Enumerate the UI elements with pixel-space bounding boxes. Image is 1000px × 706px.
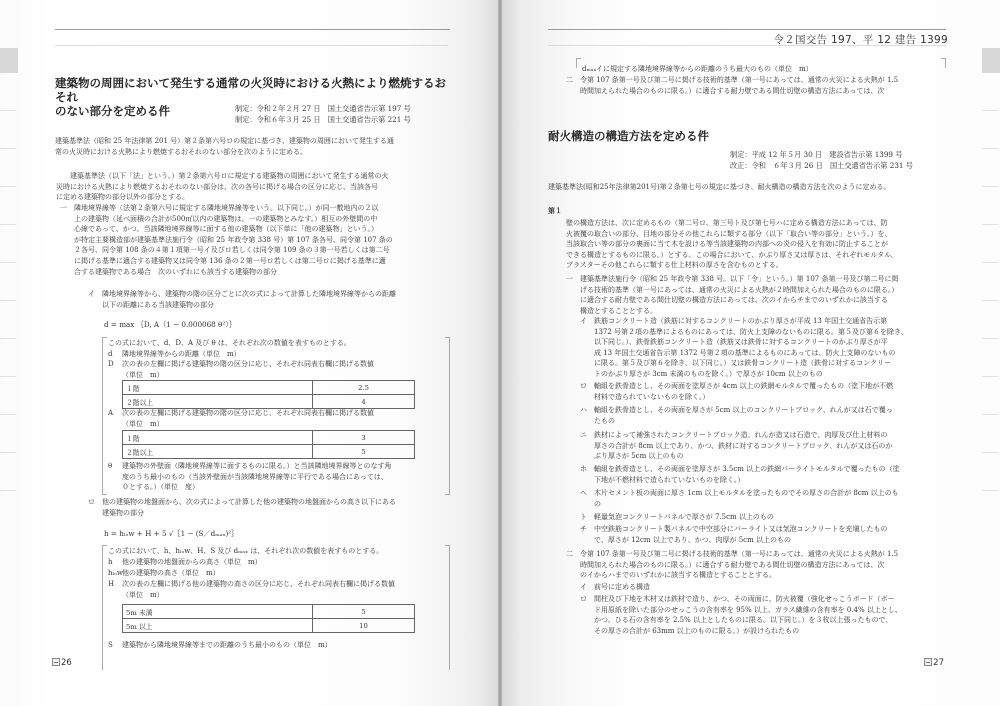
item-mark: 一 [60, 203, 67, 214]
text-line: 度のうち最小のもの（当該外壁面が当該隣地境界線等に平行である場合にあっては、 [122, 472, 392, 483]
enactment-line: 制定：平成 12 年５月 30 日 建設省告示第 1399 号 [730, 149, 913, 160]
table-row: １階2.5 [123, 381, 415, 395]
table-row: 5m 以上10 [123, 619, 415, 633]
item-mark: 一 [566, 274, 573, 285]
item-mark: 二 [566, 549, 573, 560]
enactment-info: 制定：令和２年２月 27 日 国土交通省告示第 197 号 制定：令和６年３月 … [235, 103, 411, 125]
text-line: 材料で造られていないものを除く。） [594, 392, 893, 403]
wall-item-1-ho: ホ 軸組を鉄骨造とし、その両面を塗厚さが 3.5cm 以上の鉄網パーライトモルタ… [580, 464, 900, 485]
page-icon [924, 658, 932, 666]
item-mark: ト [580, 512, 587, 523]
text-line: 中空鉄筋コンクリート製パネルで中空部分にパーライト又は気泡コンクリートを充塡した… [594, 524, 888, 535]
text-line: 時間加えられた場合のものに限る。）に適合する耐力壁である間仕切壁の構造方法にあっ… [580, 560, 898, 571]
text-line: のイからハまでのいずれかに該当する構造とすることとする。 [580, 570, 898, 581]
item-body: 軽量気泡コンクリートパネルで厚さが 7.5cm 以上のもの [580, 512, 774, 523]
right-page: 令２国交告 197、平 12 建告 1399 dₘₐₓ イに規定する隣地境界線等… [500, 0, 1000, 706]
edge-divider [982, 300, 998, 301]
item-body: 次の表の左欄に掲げる建築物の階の区分に応じ、それぞれ同表右欄に掲げる数値 （単位… [108, 408, 374, 429]
symbol: hₗₒw [108, 568, 123, 579]
symbol: θ [108, 461, 112, 472]
text-line: 厚さの合計が 8cm 以上であり、かつ、鉄材に対するコンクリートブロック、れんが… [594, 441, 892, 452]
edge-index-tab [982, 48, 1000, 73]
text-line: ド用原紙を除いた部分のせっこうの含有率を 95% 以上、ガラス繊維の含有率を 0… [594, 605, 902, 616]
text-line: の [594, 499, 899, 510]
text-line: （単位 m） [122, 419, 374, 430]
item-mark: ハ [580, 405, 587, 416]
text-line: 心線であって、かつ、当該隣地境界線等に面する他の建築物（以下単に「他の建築物」と… [74, 224, 393, 235]
item-body: 中空鉄筋コンクリート製パネルで中空部分にパーライト又は気泡コンクリートを充塡した… [580, 524, 888, 545]
formula-d: d = max ｛D, A（1 − 0.000068 θ²）｝ [104, 320, 236, 330]
wall-item-1-ha: ハ 軸組を鉄骨造とし、その両面を厚さが 5cm 以上のコンクリートブロック、れん… [580, 405, 893, 426]
def-H: H 次の表の左欄に掲げる他の建築物の高さの区分に応じ、それぞれ同表右欄に掲げる数… [108, 579, 395, 600]
wall-item-2: 二 令第 107 条第一号及び第二号に掲げる技術的基準（第一号にあっては、通常の… [566, 549, 898, 581]
preamble: 建築基準法（昭和 25 年法律第 201 号）第２条第六号ロの規定に基づき、建築… [55, 136, 394, 157]
text-line: 令第 107 条第一号及び第二号に掲げる技術的基準（第一号にあっては、通常の火災… [580, 549, 898, 560]
item-body: 隣地境界線等からの距離（単位 m） [108, 349, 241, 360]
table-D: １階2.5 ２階以上4 [122, 380, 415, 409]
text-line: 他の建築物の地盤面から、次の式によって計算した他の建築物の地盤面からの高さ以下に… [102, 497, 396, 508]
book-spread: 建築物の周囲において発生する通常の火災時における火熱により燃焼するおそれ のない… [0, 0, 1000, 706]
def-h: h 他の建築物の地盤面からの高さ（単位 m） [108, 557, 262, 568]
text-line: 1372 号第２項の基準によるものにあっては、防火上支障のないものに限る。第５及… [594, 327, 908, 338]
page-number-left: 26 [52, 658, 72, 668]
text-line: ２各号、同令第 108 条の４第１項第一号イ及びロ若しくは同令第 109 条の３… [74, 245, 393, 256]
item-body: 建築物の外壁面（隣地境界線等に面するものに限る。）と当該隣地境界線等とのなす角 … [108, 461, 392, 493]
wall-item-2-ro: ロ 間柱及び下地を木材又は鉄材で造り、かつ、その両面に、防火被覆（強化せっこうボ… [580, 594, 902, 636]
text-line: （単位 m） [122, 370, 374, 381]
item-mark: 二 [566, 75, 573, 86]
right-edge-index [982, 0, 1000, 706]
text-line: プラスターその他これらに類する仕上材料の厚さを含むものとする。 [566, 260, 898, 271]
table-row: ２階以上4 [123, 395, 415, 409]
item-body: 軸組を鉄骨造とし、その両面を塗厚さが 3.5cm 以上の鉄網パーライトモルタルで… [580, 464, 900, 485]
item-body: 鉄筋コンクリート造（鉄筋に対するコンクリートのかぶり厚さが平成 13 年国土交通… [580, 316, 908, 380]
table-row: 5m 未満5 [123, 605, 415, 619]
header-subrule [55, 45, 448, 46]
def-theta: θ 建築物の外壁面（隣地境界線等に面するものに限る。）と当該隣地境界線等とのなす… [108, 461, 392, 493]
item-1: 一 隣地境界線等（法第２条第六号に規定する隣地境界線等をいう。以下同じ。）が同一… [60, 203, 393, 277]
symbol: A [108, 408, 113, 419]
text-line: イに規定する隣地境界線等からの距離のうち最大のもの（単位 m） [596, 64, 813, 75]
item-body: 木片セメント板の両面に厚さ 1cm 以上モルタルを塗ったものでその厚さの合計が … [580, 488, 899, 509]
item-mark: ヘ [580, 488, 587, 499]
table-cell: ２階以上 [123, 445, 313, 459]
text-line: たもの [594, 416, 893, 427]
text-line: 以下の距離にある当該建築物の部分 [102, 300, 396, 311]
page-icon [52, 658, 60, 666]
table-cell: 2.5 [313, 381, 415, 395]
table-cell: １階 [123, 431, 313, 445]
wall-item-1-he: ヘ 木片セメント板の両面に厚さ 1cm 以上モルタルを塗ったものでその厚さの合計… [580, 488, 899, 509]
text-line: 上の建築物（延べ面積の合計が500㎡以内の建築物は、一の建築物とみなす。）相互の… [74, 214, 393, 225]
table-cell: １階 [123, 381, 313, 395]
item-body: 令第 107 条第一号及び第二号に掲げる技術的基準（第一号にあっては、通常の火災… [566, 549, 898, 581]
wall-item-1: 一 建築基準法施行令（昭和 25 年政令第 338 号。以下「令」という。）第 … [566, 274, 898, 316]
symbol: d [108, 349, 112, 360]
enactment-line: 改正：令和 ６年３月 26 日 国土交通省告示第 231 号 [730, 160, 913, 171]
text-line: 軸組を鉄骨造とし、その両面を塗厚さが 3.5cm 以上の鉄網パーライトモルタルで… [594, 464, 900, 475]
wall-item-2-i: イ 前号に定める構造 [580, 582, 650, 593]
def-D: D 次の表の左欄に掲げる建築物の階の区分に応じ、それぞれ同表右欄に掲げる数値 （… [108, 359, 374, 380]
table-cell: 10 [313, 619, 415, 633]
text-line: 鉄筋コンクリート造（鉄筋に対するコンクリートのかぶり厚さが平成 13 年国土交通… [594, 316, 908, 327]
edge-divider [982, 224, 998, 225]
edge-divider [982, 186, 998, 187]
item-mark: チ [580, 524, 587, 535]
edge-divider [982, 110, 998, 111]
text-line: 成 13 年国土交通省告示第 1372 号第２項の基準によるものにあっては、防火… [594, 348, 908, 359]
table-cell: 3 [313, 431, 415, 445]
text-line: この式において、d、D、A 及び θ は、それぞれ次の数値を表すものとする。 [108, 338, 351, 349]
box2-intro: この式において、h、hₗₒw、H、S 及び dₘₐₓ は、それぞれ次の数値を表す… [108, 546, 383, 557]
text-line: 軽量気泡コンクリートパネルで厚さが 7.5cm 以上のもの [594, 512, 774, 523]
text-line: 下地が不燃材料で造られていないものを除く。） [594, 475, 900, 486]
table-cell: 5 [313, 445, 415, 459]
text-line: が特定主要構造部が建築基準法施行令（昭和 25 年政令第 338 号）第 107… [74, 235, 393, 246]
edge-divider [0, 148, 16, 149]
table-row: １階3 [123, 431, 415, 445]
text-line: 当該取合い等の部分の裏面に当て木を設ける等当該建築物の内部への炎の侵入を有効に防… [566, 239, 898, 250]
text-line: 令第 107 条第一号及び第二号に掲げる技術的基準（第一号にあっては、通常の火災… [580, 75, 898, 86]
edge-divider [982, 148, 998, 149]
text-line: 隣地境界線等（法第２条第六号に規定する隣地境界線等をいう。以下同じ。）が同一敷地… [74, 203, 393, 214]
wall-item-1-ni: ニ 鉄材によって補強されたコンクリートブロック造、れんが造又は石造で、肉厚及び仕… [580, 430, 892, 462]
edge-divider [0, 300, 16, 301]
title-line: 建築物の周囲において発生する通常の火災時における火熱により燃焼するおそれ [55, 76, 455, 104]
wall-item-1-chi: チ 中空鉄筋コンクリート製パネルで中空部分にパーライト又は気泡コンクリートを充塡… [580, 524, 888, 545]
symbol: H [108, 579, 114, 590]
item-2: 二 令第 107 条第一号及び第二号に掲げる技術的基準（第一号にあっては、通常の… [566, 75, 898, 96]
edge-divider [982, 338, 998, 339]
item-body: 軸組を鉄骨造とし、その両面を塗厚さが 4cm 以上の鉄網モルタルで覆ったもの（塗… [580, 381, 893, 402]
text-line: 鉄材によって補強されたコンクリートブロック造、れんが造又は石造で、肉厚及び仕上材… [594, 430, 892, 441]
text-line: できる構造とするものに限る。）とする。この場合において、かぶり厚さ又は厚さは、そ… [566, 250, 898, 261]
edge-divider [0, 414, 16, 415]
item-body: 鉄材によって補強されたコンクリートブロック造、れんが造又は石造で、肉厚及び仕上材… [580, 430, 892, 462]
enactment-line: 制定：令和６年３月 25 日 国土交通省告示第 221 号 [235, 114, 411, 125]
table-cell: 4 [313, 395, 415, 409]
text-line: 災時における火熱により燃焼するおそれのない部分は、次の各号に掲げる場合の区分に応… [56, 182, 389, 193]
text-line: 軸組を鉄骨造とし、その両面を塗厚さが 4cm 以上の鉄網モルタルで覆ったもの（塗… [594, 381, 893, 392]
text-line: 次の表の左欄に掲げる建築物の階の区分に応じ、それぞれ同表右欄に掲げる数値 [122, 359, 374, 370]
text-line: ０とする。）（単位 度） [122, 482, 392, 493]
bracket-corner [103, 494, 107, 495]
def-hlow: hₗₒw 他の建築物の高さ（単位 m） [108, 568, 220, 579]
left-page: 建築物の周囲において発生する通常の火災時における火熱により燃焼するおそれ のない… [0, 0, 500, 706]
text-line: 建築基準法（以下「法」という。）第２条第六号ロに規定する建築物の周囲において発生… [70, 171, 389, 182]
symbol: S [108, 640, 113, 651]
item-body: イに規定する隣地境界線等からの距離のうち最大のもの（単位 m） [582, 64, 813, 75]
text-line: に定める建築物の部分以外の部分とする。 [56, 192, 389, 203]
text-line: 木片セメント板の両面に厚さ 1cm 以上モルタルを塗ったものでその厚さの合計が … [594, 488, 899, 499]
def-A: A 次の表の左欄に掲げる建築物の階の区分に応じ、それぞれ同表右欄に掲げる数値 （… [108, 408, 374, 429]
text-line: 火被覆の取合いの部分、目地の部分その他これらに類する部分（以下「取合い等の部分」… [566, 229, 898, 240]
text-line: 前号に定める構造 [594, 582, 650, 593]
def-dmax: dₘₐₓ イに規定する隣地境界線等からの距離のうち最大のもの（単位 m） [582, 64, 813, 75]
edge-divider [0, 110, 16, 111]
item-body: 隣地境界線等から、建築物の階の区分ごとに次の式によって計算した隣地境界線等からの… [88, 289, 396, 310]
text-line: 隣地境界線等から、建築物の階の区分ごとに次の式によって計算した隣地境界線等からの… [102, 289, 396, 300]
text-line: 建築物の外壁面（隣地境界線等に面するものに限る。）と当該隣地境界線等とのなす角 [122, 461, 392, 472]
header-rule [55, 29, 450, 30]
preamble: 建築基準法(昭和25年法律第201号)第２条第七号の規定に基づき、耐火構造の構造… [548, 182, 890, 193]
symbol: dₘₐₓ [582, 64, 596, 75]
table-cell: 5m 以上 [123, 619, 313, 633]
text-line: 以下同じ。）、鉄骨鉄筋コンクリート造（鉄筋又は鉄骨に対するコンクリートのかぶり厚… [594, 337, 908, 348]
text-line: 建築基準法施行令（昭和 25 年政令第 338 号。以下「令」という。）第 10… [580, 274, 898, 285]
edge-divider [982, 490, 998, 491]
text-line: 常の火災時における火熱により燃焼するおそれのない部分を次のように定める。 [55, 147, 394, 158]
edge-divider [0, 186, 16, 187]
item-body: 軸組を鉄骨造とし、その両面を厚さが 5cm 以上のコンクリートブロック、れんが又… [580, 405, 893, 426]
item-body: 他の建築物の高さ（単位 m） [108, 568, 220, 579]
header-rule [548, 29, 946, 30]
edge-divider [0, 376, 16, 377]
item-body: 他の建築物の地盤面からの高さ（単位 m） [108, 557, 262, 568]
text-line: で、厚さが 12cm 以上であり、かつ、肉厚が 5cm 以上のもの [594, 535, 888, 546]
book-spine [498, 0, 502, 706]
item-body: 次の表の左欄に掲げる建築物の階の区分に応じ、それぞれ同表右欄に掲げる数値 （単位… [108, 359, 374, 380]
left-edge-index [0, 0, 18, 706]
text-line: 建築基準法（昭和 25 年法律第 201 号）第２条第六号ロの規定に基づき、建築… [55, 136, 394, 147]
bracket-corner [445, 494, 449, 495]
def-S: S 建築物から隣地境界線等までの距離のうち最小のもの（単位 m） [108, 640, 332, 651]
text-line: ぶり厚さが 5cm 以上のもの [594, 451, 892, 462]
edge-divider [0, 224, 16, 225]
wall-item-1-ro: ロ 軸組を鉄骨造とし、その両面を塗厚さが 4cm 以上の鉄網モルタルで覆ったもの… [580, 381, 893, 402]
table-cell: 5 [313, 605, 415, 619]
enactment-line: 制定：令和２年２月 27 日 国土交通省告示第 197 号 [235, 103, 411, 114]
edge-divider [982, 262, 998, 263]
text-line: に限る。第５及び第６を除き、以下同じ。）又は鉄骨コンクリート造（鉄骨に対するコン… [594, 358, 908, 369]
table-H: 5m 未満5 5m 以上10 [122, 604, 415, 633]
section-heading: 第１ [548, 206, 562, 217]
item-mark: イ [580, 582, 587, 593]
item-mark: ホ [580, 464, 587, 475]
sub-item-ro: ロ 他の建築物の地盤面から、次の式によって計算した他の建築物の地盤面からの高さ以… [88, 497, 396, 518]
text-line: その厚さの合計が 63mm 以上のものに限る。）が設けられたもの [594, 626, 902, 637]
text-line: 次の表の左欄に掲げる他の建築物の高さの区分に応じ、それぞれ同表右欄に掲げる数値 [122, 579, 395, 590]
item-body: 隣地境界線等（法第２条第六号に規定する隣地境界線等をいう。以下同じ。）が同一敷地… [60, 203, 393, 277]
table-row: ２階以上5 [123, 445, 415, 459]
edge-divider [0, 338, 16, 339]
edge-divider [0, 490, 16, 491]
header-subrule [548, 45, 946, 46]
text-line: 合する建築物である場合 次のいずれにも該当する建築物の部分 [74, 267, 393, 278]
item-body: 建築物から隣地境界線等までの距離のうち最小のもの（単位 m） [108, 640, 332, 651]
text-line: 建築物の部分 [102, 508, 396, 519]
text-line: （単位 m） [122, 590, 395, 601]
def-d: d 隣地境界線等からの距離（単位 m） [108, 349, 241, 360]
table-A: １階3 ２階以上5 [122, 430, 415, 459]
text-line: 間柱及び下地を木材又は鉄材で造り、かつ、その両面に、防火被覆（強化せっこうボード… [594, 594, 902, 605]
text-line: 他の建築物の高さ（単位 m） [122, 568, 220, 579]
text-line: 時間加えられた場合のものに限る。）に適合する耐力壁である間仕切壁の構造方法にあっ… [580, 86, 898, 97]
symbol: D [108, 359, 114, 370]
item-mark: ロ [88, 497, 95, 508]
intro-paragraph: 建築基準法（以下「法」という。）第２条第六号ロに規定する建築物の周囲において発生… [70, 171, 389, 203]
item-body: 前号に定める構造 [580, 582, 650, 593]
edge-divider [0, 262, 16, 263]
item-body: 次の表の左欄に掲げる他の建築物の高さの区分に応じ、それぞれ同表右欄に掲げる数値 … [108, 579, 395, 600]
text-line: 他の建築物の地盤面からの高さ（単位 m） [122, 557, 262, 568]
text-line: 軸組を鉄骨造とし、その両面を厚さが 5cm 以上のコンクリートブロック、れんが又… [594, 405, 893, 416]
edge-divider [982, 414, 998, 415]
item-body: 建築基準法施行令（昭和 25 年政令第 338 号。以下「令」という。）第 10… [566, 274, 898, 316]
table-cell: 5m 未満 [123, 605, 313, 619]
text-line: に適合する耐力壁である間仕切壁の構造方法にあっては、次のイからチまでのいずれかに… [580, 295, 898, 306]
wall-item-1-to: ト 軽量気泡コンクリートパネルで厚さが 7.5cm 以上のもの [580, 512, 774, 523]
item-mark: ロ [580, 594, 587, 605]
text-line: 隣地境界線等からの距離（単位 m） [122, 349, 241, 360]
edge-index-tab [0, 48, 18, 73]
wall-item-1-i: イ 鉄筋コンクリート造（鉄筋に対するコンクリートのかぶり厚さが平成 13 年国土… [580, 316, 908, 380]
section-body: 壁の構造方法は、次に定めるもの（第二号ロ、第三号ト及び第七号ハに定める構造方法に… [566, 218, 898, 271]
page-number-text: 27 [933, 658, 944, 668]
box1-intro: この式において、d、D、A 及び θ は、それぞれ次の数値を表すものとする。 [108, 338, 351, 349]
edge-divider [982, 376, 998, 377]
symbol: h [108, 557, 113, 568]
item-mark: ロ [580, 381, 587, 392]
page-number-right: 27 [924, 658, 944, 668]
text-line: かつ、ひる石の含有率を 2.5% 以上としたものに限る。以下同じ。）を３枚以上張… [594, 615, 902, 626]
notice-title: 耐火構造の構造方法を定める件 [548, 129, 709, 143]
table-cell: ２階以上 [123, 395, 313, 409]
text-line: げる技術的基準（第一号にあっては、通常の火災による火熱が２時間加えられた場合のも… [580, 285, 898, 296]
text-line: に掲げる基準に適合する建築物又は同令第 136 条の２第一号ロ若しくは第二号ロに… [74, 256, 393, 267]
text-line: 次の表の左欄に掲げる建築物の階の区分に応じ、それぞれ同表右欄に掲げる数値 [122, 408, 374, 419]
item-mark: ニ [580, 430, 587, 441]
text-line: トのかぶり厚さが 3cm 未満のものを除く。）で厚さが 10cm 以上のもの [594, 369, 908, 380]
formula-h: h = hₗₒw + H + 5 √｛1 − (S／dₘₐₓ)²｝ [104, 529, 238, 539]
enactment-info: 制定：平成 12 年５月 30 日 建設省告示第 1399 号 改正：令和 ６年… [730, 149, 913, 171]
item-body: 令第 107 条第一号及び第二号に掲げる技術的基準（第一号にあっては、通常の火災… [566, 75, 898, 96]
page-number-text: 26 [61, 658, 72, 668]
text-line: 壁の構造方法は、次に定めるもの（第二号ロ、第三号ト及び第七号ハに定める構造方法に… [566, 218, 898, 229]
text-line: この式において、h、hₗₒw、H、S 及び dₘₐₓ は、それぞれ次の数値を表す… [108, 546, 383, 557]
item-body: 他の建築物の地盤面から、次の式によって計算した他の建築物の地盤面からの高さ以下に… [88, 497, 396, 518]
item-body: 間柱及び下地を木材又は鉄材で造り、かつ、その両面に、防火被覆（強化せっこうボード… [580, 594, 902, 636]
sub-item-i: イ 隣地境界線等から、建築物の階の区分ごとに次の式によって計算した隣地境界線等か… [88, 289, 396, 310]
edge-divider [0, 452, 16, 453]
text-line: 構造とすることとする。 [580, 306, 898, 317]
edge-divider [982, 452, 998, 453]
item-mark: イ [88, 289, 95, 300]
item-mark: イ [580, 316, 587, 327]
text-line: 建築物から隣地境界線等までの距離のうち最小のもの（単位 m） [122, 640, 332, 651]
text-line: 建築基準法(昭和25年法律第201号)第２条第七号の規定に基づき、耐火構造の構造… [548, 182, 890, 193]
